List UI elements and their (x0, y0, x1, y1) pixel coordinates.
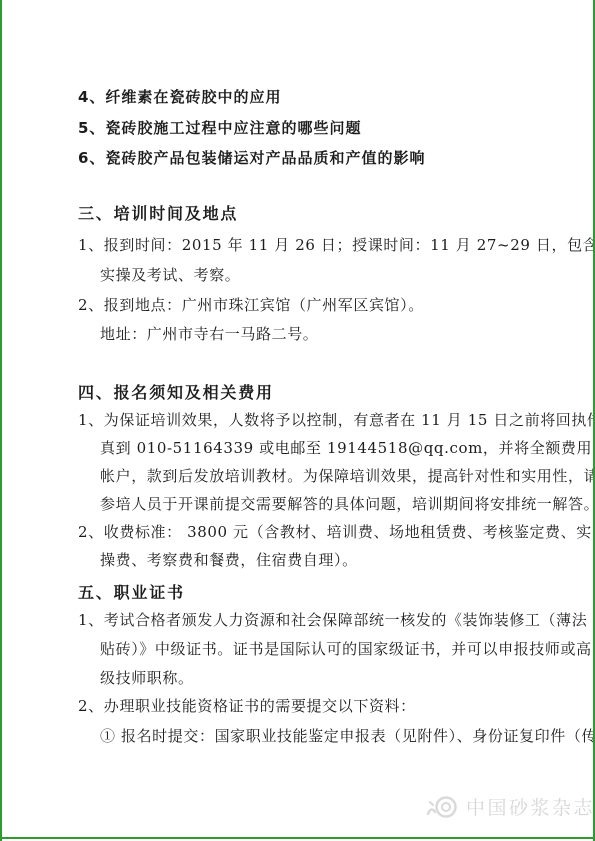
text-line: 1、为保证培训效果，人数将予以控制，有意者在 11 月 15 日之前将回执传 (78, 411, 595, 430)
agenda-item-6: 6、瓷砖胶产品包装储运对产品品质和产值的影响 (78, 149, 425, 168)
watermark: 中国砂浆杂志 (424, 793, 595, 820)
text-line: 2、报到地点：广州市珠江宾馆（广州军区宾馆）。 (78, 296, 424, 315)
text-line: 级技师职称。 (100, 669, 194, 688)
document-page: 4、纤维素在瓷砖胶中的应用 5、瓷砖胶施工过程中应注意的哪些问题 6、瓷砖胶产品… (0, 0, 595, 841)
text-line: 地址：广州市寺右一马路二号。 (100, 325, 318, 344)
section-heading-training-time: 三、培训时间及地点 (78, 204, 238, 223)
watermark-label: 中国砂浆杂志 (466, 793, 595, 820)
text-line: 实操及考试、考察。 (100, 266, 240, 285)
text-line: 真到 010-51164339 或电邮至 19144518@qq.com，并将全… (100, 439, 595, 458)
text-line: 2、收费标准： 3800 元（含教材、培训费、场地租赁费、考核鉴定费、实 (78, 523, 592, 542)
section-heading-registration-fees: 四、报名须知及相关费用 (78, 383, 274, 402)
text-line: 1、考试合格者颁发人力资源和社会保障部统一核发的《装饰装修工（薄法 (78, 611, 587, 630)
text-line: 操费、考察费和餐费，住宿费自理）。 (100, 551, 358, 570)
agenda-item-5: 5、瓷砖胶施工过程中应注意的哪些问题 (78, 119, 361, 138)
text-line: 2、办理职业技能资格证书的需要提交以下资料： (78, 697, 416, 716)
text-line: ① 报名时提交：国家职业技能鉴定申报表（见附件）、身份证复印件（传 (100, 727, 595, 746)
agenda-item-4: 4、纤维素在瓷砖胶中的应用 (78, 88, 281, 107)
scan-border-bottom (0, 837, 595, 839)
text-line: 参培人员于开课前提交需要解答的具体问题，培训期间将安排统一解答。 (100, 495, 595, 514)
text-line: 贴砖）》中级证书。证书是国际认可的国家级证书，并可以申报技师或高 (100, 640, 592, 659)
text-line: 帐户，款到后发放培训教材。为保障培训效果，提高针对性和实用性，请 (100, 467, 595, 486)
section-heading-certificates: 五、职业证书 (78, 583, 185, 602)
scan-border-left (0, 0, 2, 841)
mortar-magazine-logo-icon (424, 793, 460, 820)
text-line: 1、报到时间：2015 年 11 月 26 日；授课时间：11 月 27~29 … (78, 236, 595, 255)
